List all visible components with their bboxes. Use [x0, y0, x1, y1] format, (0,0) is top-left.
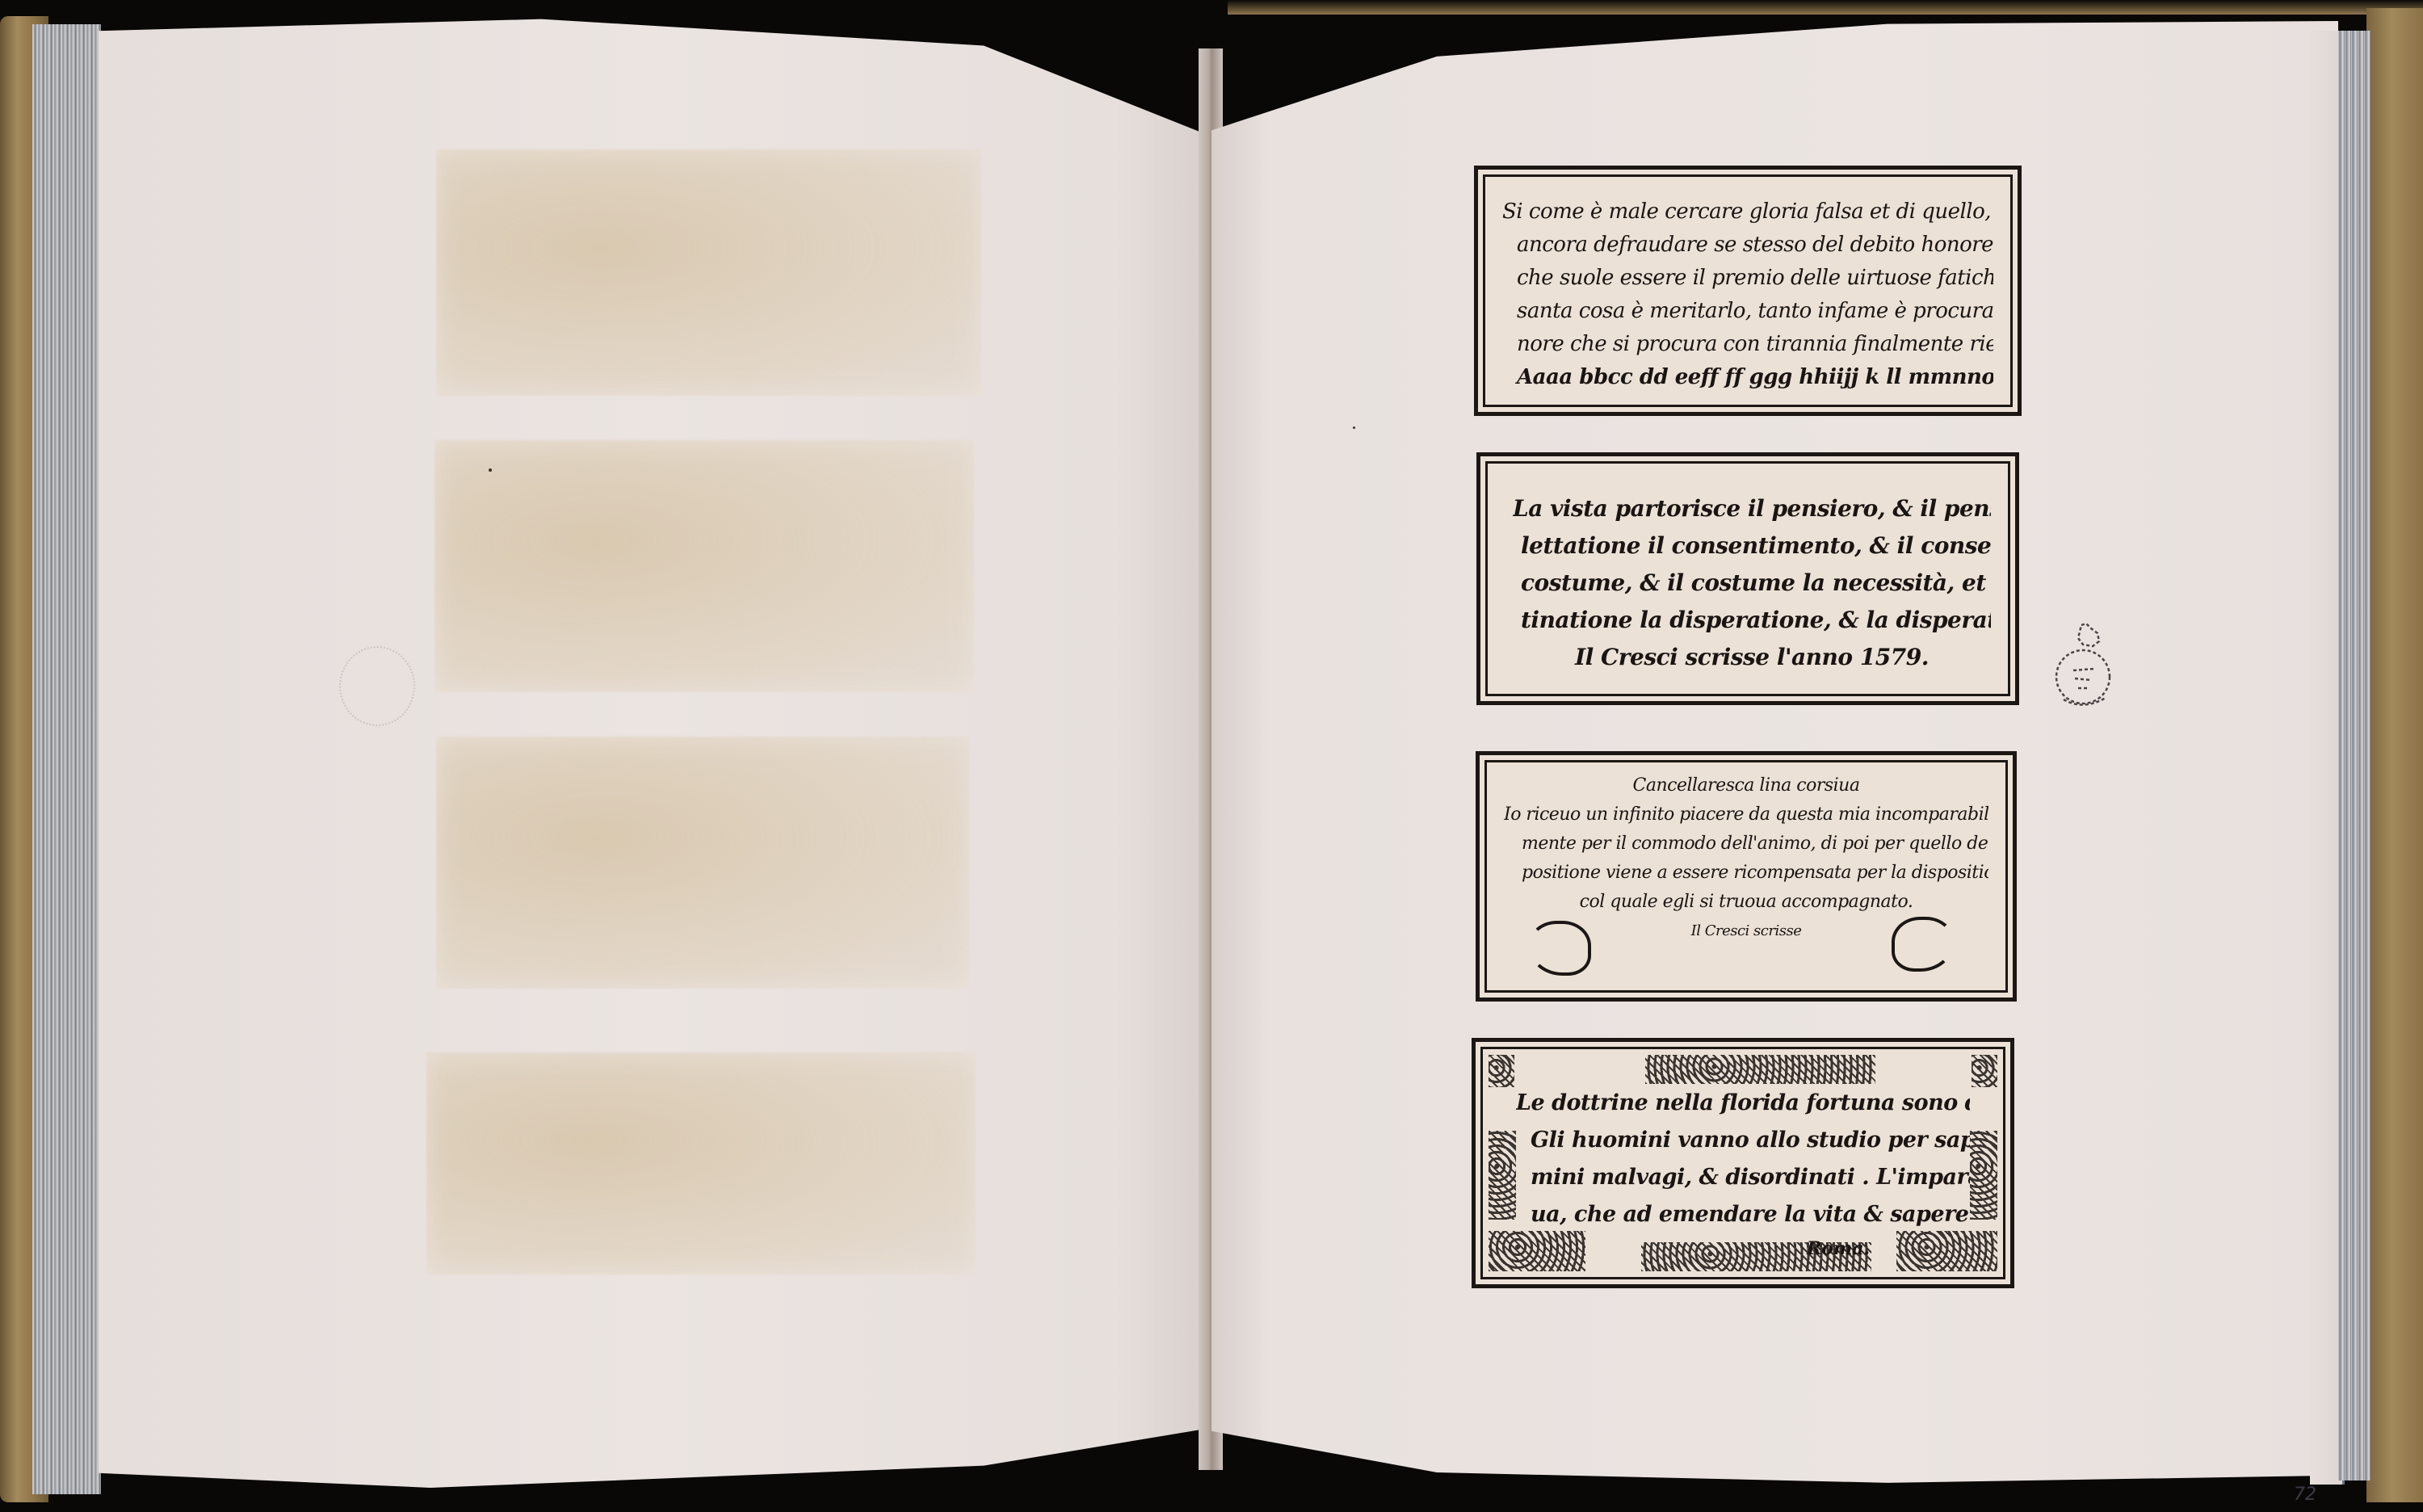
panel-line: costume, & il costume la necessità, et l… [1513, 565, 1991, 602]
panel-line: La vista partorisce il pensiero, & il pe… [1513, 490, 1991, 527]
panel-line: Gli huomini vanno allo studio per sapers… [1516, 1122, 1970, 1159]
book-cover-top [1228, 0, 2423, 15]
library-stamp-icon [2049, 620, 2120, 716]
stain-panel-2 [435, 440, 974, 692]
ornament-right-band-icon [1970, 1131, 1997, 1220]
ornament-corner-icon [1896, 1231, 1997, 1271]
faint-stamp-offset-icon [339, 646, 415, 726]
panel-line: Si come è male cercare gloria falsa et d… [1502, 195, 1993, 229]
panel-line: ua, che ad emendare la vita & sapere raf… [1516, 1196, 1970, 1233]
panel-place: Roma. [1807, 1238, 1870, 1259]
ornament-left-band-icon [1489, 1131, 1516, 1220]
calligraphy-panel-1: Si come è male cercare gloria falsa et d… [1474, 166, 2022, 416]
calligraphy-panel-4: Le dottrine nella florida fortuna sono d… [1472, 1038, 2014, 1288]
panel-line: tinatione la disperatione, & la disperat… [1513, 602, 1991, 639]
ornament-corner-icon [1489, 1055, 1514, 1087]
ornament-corner-icon [1489, 1231, 1585, 1271]
panel-line: lettatione il consentimento, & il consen… [1513, 527, 1991, 565]
page-edges-right [2338, 31, 2371, 1480]
alphabet-line: Aaaa bbcc dd eeff ff ggg hhiijj k ll mmn… [1502, 361, 1993, 394]
calligraphy-panel-2: La vista partorisce il pensiero, & il pe… [1476, 452, 2019, 705]
panel-line: che suole essere il premio delle uirtuos… [1502, 262, 1993, 295]
panel-line: mini malvagi, & disordinati . L'imparare… [1516, 1159, 1970, 1196]
panel-line: santa cosa è meritarlo, tanto infame è p… [1502, 295, 1993, 328]
calligraphy-panel-3: Cancellaresca lina corsiua Io riceuo un … [1476, 751, 2017, 1002]
panel-line: mente per il commodo dell'animo, di poi … [1504, 829, 1988, 859]
panel-line: ancora defraudare se stesso del debito h… [1502, 229, 1993, 262]
ornament-corner-icon [1972, 1055, 1997, 1087]
panel-line: col quale egli si truoua accompagnato. [1504, 888, 1988, 917]
panel-line: Io riceuo un infinito piacere da questa … [1504, 800, 1988, 829]
panel-line: Le dottrine nella florida fortuna sono d… [1516, 1085, 1970, 1122]
stain-panel-3 [436, 737, 969, 989]
panel-heading: Cancellaresca lina corsiua [1504, 771, 1988, 800]
ink-speck [489, 468, 492, 472]
book-cover-right [2366, 8, 2423, 1502]
stain-panel-4 [426, 1052, 976, 1275]
panel-line: positione viene a essere ricompensata pe… [1504, 859, 1988, 888]
ornament-top-band-icon [1645, 1055, 1875, 1084]
panel-signature: Il Cresci scrisse l'anno 1579. [1513, 639, 1991, 676]
panel-line: nore che si procura con tirannia finalme… [1502, 328, 1993, 361]
stain-panel-1 [436, 149, 981, 396]
ink-speck [1353, 426, 1355, 429]
page-edges-left [32, 24, 101, 1494]
folio-number: 72 [2294, 1485, 2316, 1505]
